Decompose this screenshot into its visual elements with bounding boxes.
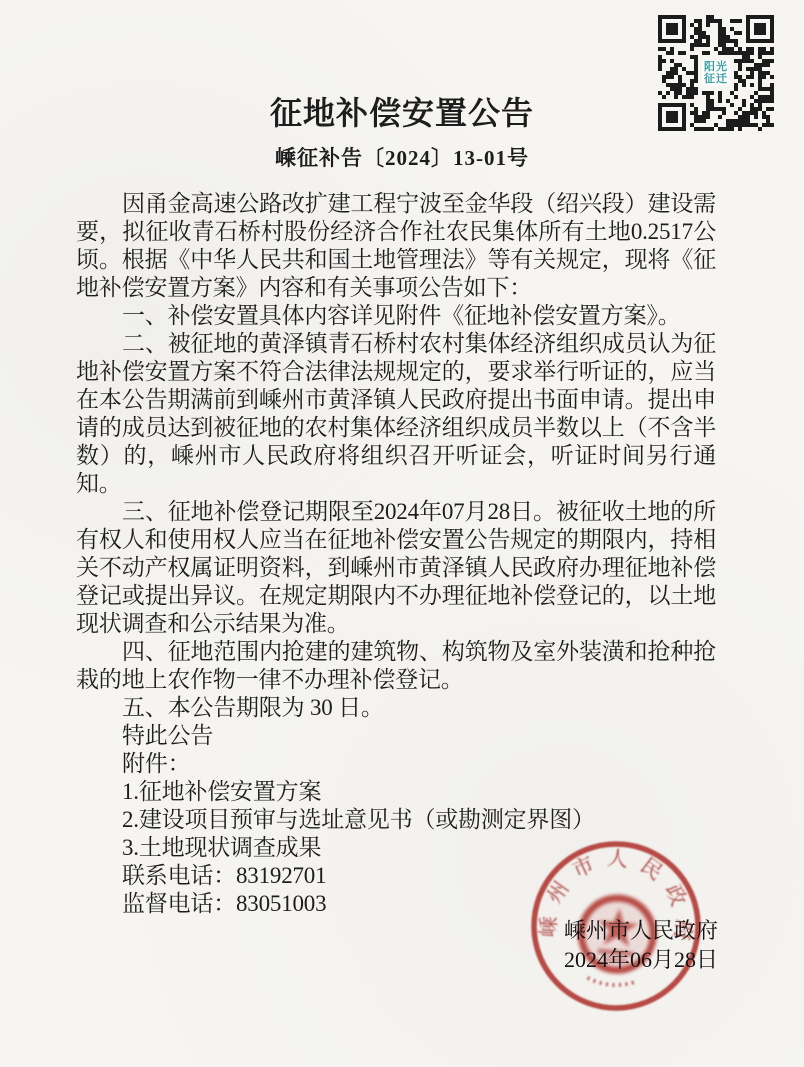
- page-title: 征地补偿安置公告: [0, 88, 804, 134]
- paragraph-item-3: 三、征地补偿登记期限至2024年07月28日。被征收土地的所有权人和使用权人应当…: [76, 498, 716, 638]
- issue-date: 2024年06月28日: [564, 945, 718, 974]
- paragraph-intro: 因甬金高速公路改扩建工程宁波至金华段（绍兴段）建设需要，拟征收青石桥村股份经济合…: [76, 190, 716, 302]
- seal-bottom-marks: [587, 978, 635, 987]
- attachment-2: 2.建设项目预审与选址意见书（或勘测定界图）: [76, 806, 716, 834]
- qr-logo-text-top: 阳光: [704, 61, 728, 73]
- announcement-document: 阳光 征迁 征地补偿安置公告 嵊征补告〔2024〕13-01号 因甬金高速公路改…: [0, 0, 804, 1067]
- body-text: 因甬金高速公路改扩建工程宁波至金华段（绍兴段）建设需要，拟征收青石桥村股份经济合…: [76, 190, 716, 918]
- attachments-label: 附件：: [76, 750, 716, 778]
- paragraph-item-5: 五、本公告期限为 30 日。: [76, 694, 716, 722]
- paragraph-item-1: 一、补偿安置具体内容详见附件《征地补偿安置方案》。: [76, 302, 716, 330]
- signature-block: 嵊州市人民政府 2024年06月28日: [564, 916, 718, 974]
- issuer-name: 嵊州市人民政府: [564, 916, 718, 945]
- qr-logo-text-bottom: 征迁: [704, 73, 728, 85]
- closing-line: 特此公告: [76, 722, 716, 750]
- paragraph-item-2: 二、被征地的黄泽镇青石桥村农村集体经济组织成员认为征地补偿安置方案不符合法律法规…: [76, 330, 716, 498]
- attachment-1: 1.征地补偿安置方案: [76, 778, 716, 806]
- document-number: 嵊征补告〔2024〕13-01号: [0, 142, 804, 172]
- paragraph-item-4: 四、征地范围内抢建的建筑物、构筑物及室外装潢和抢种抢栽的地上农作物一律不办理补偿…: [76, 638, 716, 694]
- qr-center-logo: 阳光 征迁: [702, 60, 730, 86]
